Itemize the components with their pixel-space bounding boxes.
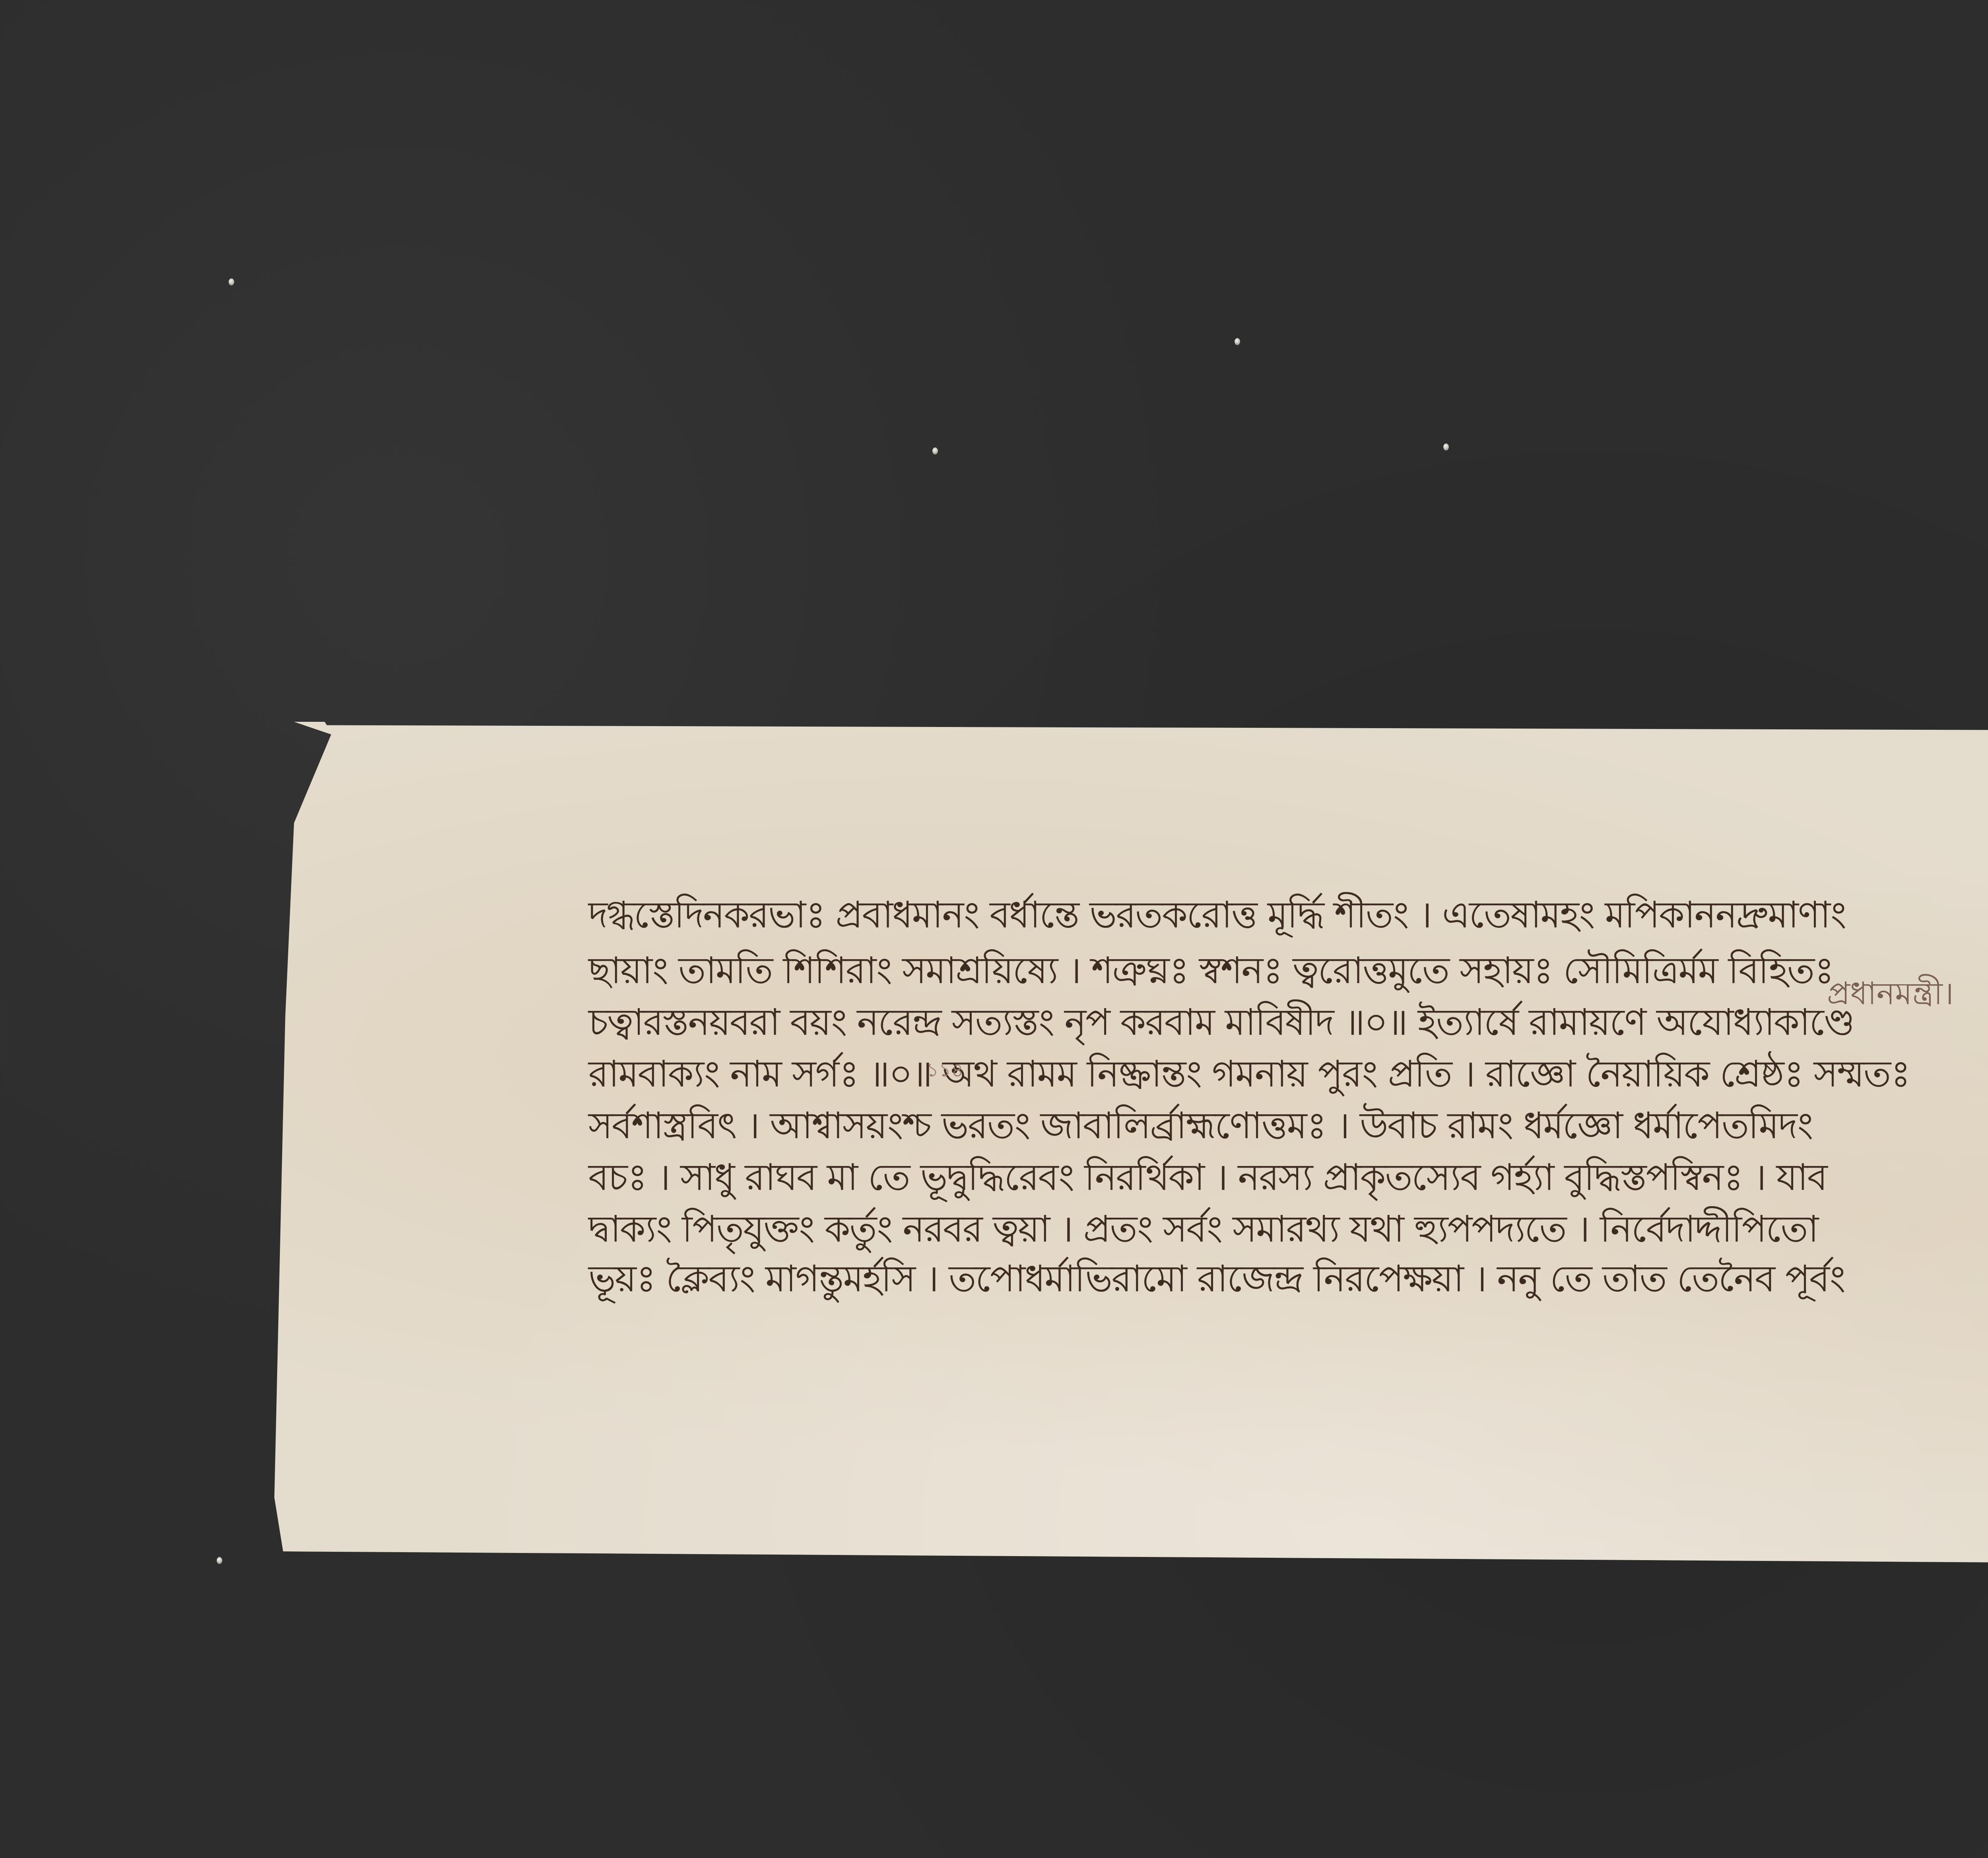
background-speck <box>1235 338 1240 345</box>
background-speck <box>217 1557 222 1564</box>
background-speck <box>1443 443 1449 451</box>
text-line: ছায়াং তামতি শিশিরাং সমাশ্রয়িষ্যে । শত্… <box>588 952 1833 989</box>
text-line: সর্বশাস্ত্রবিৎ । আশ্বাসয়ংশ্চ ভরতং জাবাল… <box>588 1108 1812 1144</box>
text-line: চত্বারস্তনয়বরা বয়ং নরেন্দ্র সত্যস্তং ন… <box>588 1004 1854 1041</box>
text-line: বচঃ । সাধু রাঘব মা তে ভূদ্বুদ্ধিরেবং নির… <box>588 1159 1827 1196</box>
text-line: রামবাক্যং নাম সর্গঃ ॥০॥ অথ রামম নিষ্ক্রা… <box>588 1056 1910 1092</box>
text-line: ভূয়ঃ ক্লৈব্যং মাগন্তুমর্হসি । তপোধর্মাভ… <box>588 1261 1844 1297</box>
background-speck <box>229 278 234 286</box>
folio-number: ১১৪ <box>926 1056 963 1087</box>
background-speck <box>932 447 938 455</box>
text-line: দগ্ধস্তেদিনকরভাঃ প্রবাধমানং বর্ধান্তে ভর… <box>588 897 1846 933</box>
marginal-note: প্রধানমন্ত্রী। <box>1827 970 1954 1021</box>
text-line: দ্বাক্যং পিতৃযুক্তং কর্তুং নরবর ত্বয়া ।… <box>588 1211 1818 1248</box>
